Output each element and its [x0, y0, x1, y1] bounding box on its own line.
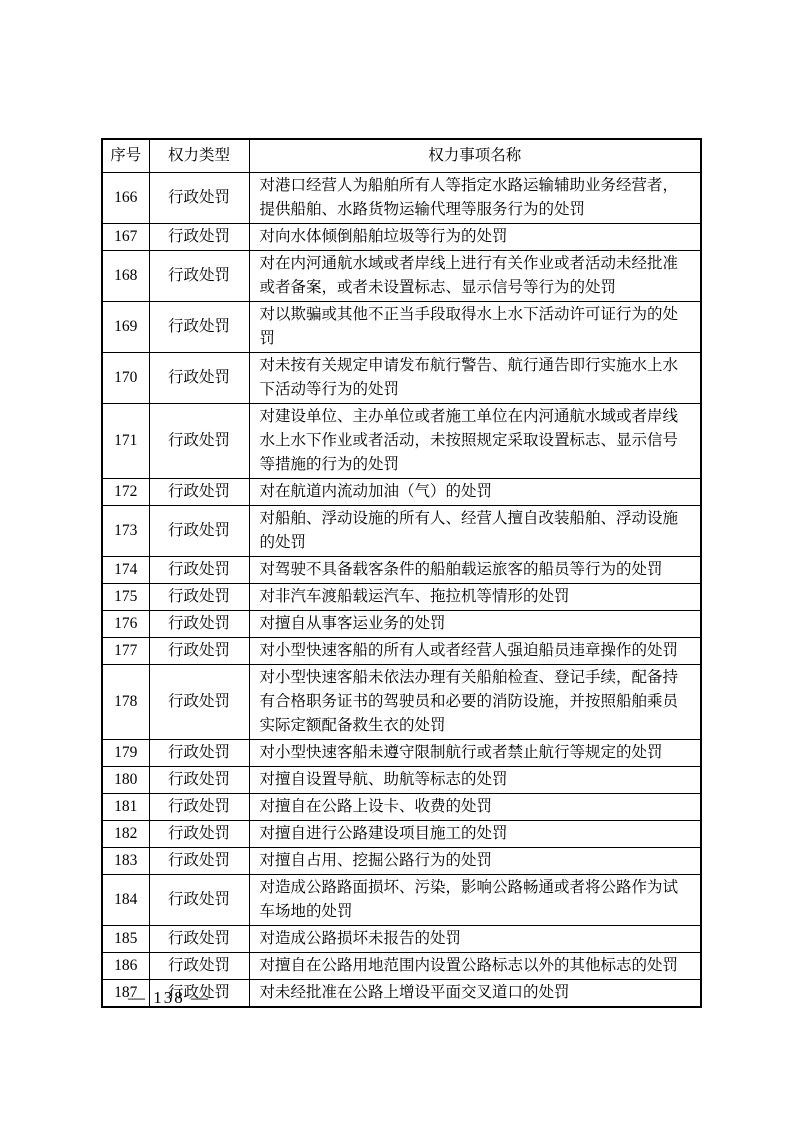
- cell-power-type: 行政处罚: [149, 611, 249, 638]
- table-header-row: 序号 权力类型 权力事项名称: [102, 139, 701, 173]
- table-row: 166 行政处罚 对港口经营人为船舶所有人等指定水路运输辅助业务经营者，提供船舶…: [102, 173, 701, 224]
- cell-serial-number: 177: [102, 638, 149, 665]
- table-row: 169 行政处罚 对以欺骗或其他不正当手段取得水上水下活动许可证行为的处罚: [102, 302, 701, 353]
- cell-serial-number: 182: [102, 821, 149, 848]
- cell-power-type: 行政处罚: [149, 224, 249, 251]
- cell-power-type: 行政处罚: [149, 584, 249, 611]
- cell-power-type: 行政处罚: [149, 794, 249, 821]
- cell-power-type: 行政处罚: [149, 821, 249, 848]
- cell-serial-number: 168: [102, 251, 149, 302]
- cell-serial-number: 175: [102, 584, 149, 611]
- cell-power-item-name: 对在航道内流动加油（气）的处罚: [249, 479, 701, 506]
- cell-power-item-name: 对向水体倾倒船舶垃圾等行为的处罚: [249, 224, 701, 251]
- table-row: 184 行政处罚 对造成公路路面损坏、污染，影响公路畅通或者将公路作为试车场地的…: [102, 875, 701, 926]
- table-row: 178 行政处罚 对小型快速客船未依法办理有关船舶检查、登记手续，配备持有合格职…: [102, 665, 701, 740]
- cell-serial-number: 171: [102, 404, 149, 479]
- table-row: 182 行政处罚 对擅自进行公路建设项目施工的处罚: [102, 821, 701, 848]
- cell-power-item-name: 对船舶、浮动设施的所有人、经营人擅自改装船舶、浮动设施的处罚: [249, 506, 701, 557]
- cell-power-type: 行政处罚: [149, 926, 249, 953]
- cell-power-type: 行政处罚: [149, 302, 249, 353]
- cell-power-type: 行政处罚: [149, 404, 249, 479]
- cell-power-item-name: 对小型快速客船未依法办理有关船舶检查、登记手续，配备持有合格职务证书的驾驶员和必…: [249, 665, 701, 740]
- cell-serial-number: 173: [102, 506, 149, 557]
- header-serial-number: 序号: [102, 139, 149, 173]
- cell-serial-number: 183: [102, 848, 149, 875]
- table-row: 167 行政处罚 对向水体倾倒船舶垃圾等行为的处罚: [102, 224, 701, 251]
- cell-power-item-name: 对小型快速客船的所有人或者经营人强迫船员违章操作的处罚: [249, 638, 701, 665]
- cell-power-type: 行政处罚: [149, 638, 249, 665]
- table-body: 166 行政处罚 对港口经营人为船舶所有人等指定水路运输辅助业务经营者，提供船舶…: [102, 173, 701, 1008]
- cell-power-item-name: 对擅自在公路上设卡、收费的处罚: [249, 794, 701, 821]
- cell-power-item-name: 对擅自进行公路建设项目施工的处罚: [249, 821, 701, 848]
- document-page: 序号 权力类型 权力事项名称 166 行政处罚 对港口经营人为船舶所有人等指定水…: [0, 0, 793, 1122]
- table-row: 170 行政处罚 对未按有关规定申请发布航行警告、航行通告即行实施水上水下活动等…: [102, 353, 701, 404]
- cell-power-item-name: 对小型快速客船未遵守限制航行或者禁止航行等规定的处罚: [249, 740, 701, 767]
- cell-serial-number: 186: [102, 953, 149, 980]
- cell-power-item-name: 对擅自占用、挖掘公路行为的处罚: [249, 848, 701, 875]
- cell-power-type: 行政处罚: [149, 953, 249, 980]
- cell-power-type: 行政处罚: [149, 506, 249, 557]
- cell-power-item-name: 对未按有关规定申请发布航行警告、航行通告即行实施水上水下活动等行为的处罚: [249, 353, 701, 404]
- cell-power-item-name: 对造成公路损坏未报告的处罚: [249, 926, 701, 953]
- cell-power-item-name: 对驾驶不具备载客条件的船舶载运旅客的船员等行为的处罚: [249, 557, 701, 584]
- power-items-table: 序号 权力类型 权力事项名称 166 行政处罚 对港口经营人为船舶所有人等指定水…: [101, 138, 702, 1008]
- cell-serial-number: 180: [102, 767, 149, 794]
- table-header: 序号 权力类型 权力事项名称: [102, 139, 701, 173]
- cell-power-type: 行政处罚: [149, 740, 249, 767]
- table-row: 175 行政处罚 对非汽车渡船载运汽车、拖拉机等情形的处罚: [102, 584, 701, 611]
- cell-power-item-name: 对非汽车渡船载运汽车、拖拉机等情形的处罚: [249, 584, 701, 611]
- table-row: 173 行政处罚 对船舶、浮动设施的所有人、经营人擅自改装船舶、浮动设施的处罚: [102, 506, 701, 557]
- cell-serial-number: 184: [102, 875, 149, 926]
- cell-serial-number: 167: [102, 224, 149, 251]
- table-row: 177 行政处罚 对小型快速客船的所有人或者经营人强迫船员违章操作的处罚: [102, 638, 701, 665]
- cell-power-type: 行政处罚: [149, 665, 249, 740]
- cell-serial-number: 176: [102, 611, 149, 638]
- table-row: 172 行政处罚 对在航道内流动加油（气）的处罚: [102, 479, 701, 506]
- cell-power-item-name: 对在内河通航水域或者岸线上进行有关作业或者活动未经批准或者备案，或者未设置标志、…: [249, 251, 701, 302]
- cell-power-item-name: 对擅自在公路用地范围内设置公路标志以外的其他标志的处罚: [249, 953, 701, 980]
- table-row: 185 行政处罚 对造成公路损坏未报告的处罚: [102, 926, 701, 953]
- table-row: 186 行政处罚 对擅自在公路用地范围内设置公路标志以外的其他标志的处罚: [102, 953, 701, 980]
- cell-power-item-name: 对以欺骗或其他不正当手段取得水上水下活动许可证行为的处罚: [249, 302, 701, 353]
- cell-serial-number: 185: [102, 926, 149, 953]
- cell-power-item-name: 对未经批准在公路上增设平面交叉道口的处罚: [249, 980, 701, 1008]
- header-power-item-name: 权力事项名称: [249, 139, 701, 173]
- page-number: — 138 —: [128, 988, 210, 1008]
- cell-power-type: 行政处罚: [149, 848, 249, 875]
- cell-power-item-name: 对擅自从事客运业务的处罚: [249, 611, 701, 638]
- table-row: 174 行政处罚 对驾驶不具备载客条件的船舶载运旅客的船员等行为的处罚: [102, 557, 701, 584]
- cell-power-item-name: 对港口经营人为船舶所有人等指定水路运输辅助业务经营者，提供船舶、水路货物运输代理…: [249, 173, 701, 224]
- table-row: 179 行政处罚 对小型快速客船未遵守限制航行或者禁止航行等规定的处罚: [102, 740, 701, 767]
- table-row: 181 行政处罚 对擅自在公路上设卡、收费的处罚: [102, 794, 701, 821]
- cell-serial-number: 178: [102, 665, 149, 740]
- table-row: 183 行政处罚 对擅自占用、挖掘公路行为的处罚: [102, 848, 701, 875]
- cell-power-item-name: 对建设单位、主办单位或者施工单位在内河通航水域或者岸线水上水下作业或者活动，未按…: [249, 404, 701, 479]
- cell-serial-number: 179: [102, 740, 149, 767]
- cell-power-type: 行政处罚: [149, 479, 249, 506]
- cell-power-type: 行政处罚: [149, 875, 249, 926]
- cell-power-type: 行政处罚: [149, 353, 249, 404]
- cell-power-type: 行政处罚: [149, 251, 249, 302]
- cell-serial-number: 174: [102, 557, 149, 584]
- table-row: 176 行政处罚 对擅自从事客运业务的处罚: [102, 611, 701, 638]
- cell-serial-number: 166: [102, 173, 149, 224]
- cell-power-type: 行政处罚: [149, 173, 249, 224]
- table-row: 168 行政处罚 对在内河通航水域或者岸线上进行有关作业或者活动未经批准或者备案…: [102, 251, 701, 302]
- table-row: 180 行政处罚 对擅自设置导航、助航等标志的处罚: [102, 767, 701, 794]
- header-power-type: 权力类型: [149, 139, 249, 173]
- table-row: 171 行政处罚 对建设单位、主办单位或者施工单位在内河通航水域或者岸线水上水下…: [102, 404, 701, 479]
- cell-serial-number: 181: [102, 794, 149, 821]
- cell-power-type: 行政处罚: [149, 767, 249, 794]
- cell-power-type: 行政处罚: [149, 557, 249, 584]
- cell-serial-number: 170: [102, 353, 149, 404]
- cell-power-item-name: 对造成公路路面损坏、污染，影响公路畅通或者将公路作为试车场地的处罚: [249, 875, 701, 926]
- cell-power-item-name: 对擅自设置导航、助航等标志的处罚: [249, 767, 701, 794]
- cell-serial-number: 172: [102, 479, 149, 506]
- cell-serial-number: 169: [102, 302, 149, 353]
